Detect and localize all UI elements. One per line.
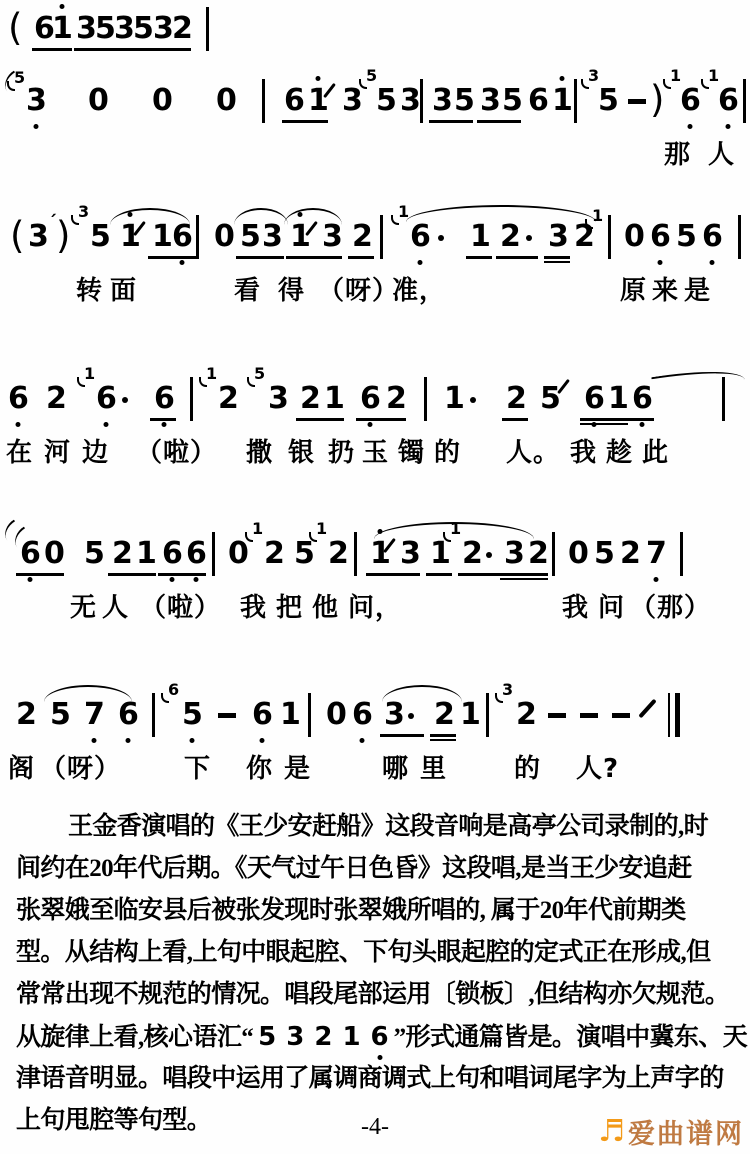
lyric-syllable: 是 — [684, 270, 711, 307]
bar-line — [424, 377, 427, 421]
note: 6 — [352, 700, 373, 730]
note: 5 — [133, 14, 154, 44]
octave-dot-below — [126, 738, 131, 743]
lyric-syllable: 你 — [246, 748, 273, 785]
text-line: 型。从结构上看,上句中眼起腔、下句头眼起腔的定式正在形成,但 — [16, 932, 736, 974]
grace-note: 3 — [588, 68, 599, 84]
rest: 0 — [214, 222, 235, 252]
formula-digit: 6 — [366, 1016, 394, 1058]
music-system: (3ˊ)3511605313216123210656转面看得（呀）准，原来是 — [0, 200, 750, 312]
lyric-syllable: 无 — [70, 587, 97, 624]
lyric-syllable: 我 — [240, 587, 267, 624]
falling-tone-mark — [638, 699, 656, 719]
lyric-syllable: 人。 — [506, 432, 560, 469]
beam — [286, 256, 342, 259]
slur-arc — [110, 208, 190, 225]
note: 3 — [400, 86, 421, 116]
music-system: (61353532 — [0, 10, 750, 64]
lyric-syllable: 那 — [664, 134, 691, 171]
note: 2 — [506, 384, 527, 414]
lyric-syllable: 撒 — [246, 432, 273, 469]
rest: 0 — [568, 539, 589, 569]
beam — [158, 573, 206, 576]
lyric-syllable: 的 — [434, 432, 461, 469]
note: 5 — [50, 700, 71, 730]
note: 1 — [470, 222, 491, 252]
note: 3 — [28, 222, 49, 252]
note: 2 — [218, 384, 239, 414]
beam — [366, 573, 420, 576]
note: ) — [650, 81, 664, 118]
note: 3 — [342, 86, 363, 116]
octave-dot-below — [710, 260, 715, 265]
grace-note: 5 — [14, 70, 25, 86]
formula-digit: 5 — [253, 1016, 281, 1058]
text-line: 张翠娥至临安县后被张发现时张翠娥所唱的, 属于20年代前期类 — [16, 890, 736, 932]
note: 5 — [294, 539, 315, 569]
octave-dot-above — [560, 76, 565, 81]
beam — [466, 256, 492, 259]
beam — [150, 418, 176, 421]
beam — [380, 734, 424, 737]
lyric-syllable: 在 — [6, 432, 33, 469]
rest: 0 — [44, 539, 65, 569]
note: 6 — [718, 86, 739, 116]
watermark: ♬ 爱曲谱网 — [598, 1112, 744, 1151]
lyric-syllable: 我 — [562, 587, 589, 624]
beam — [148, 256, 196, 259]
lyric-syllable: 转 — [76, 270, 103, 307]
note: 2 — [462, 539, 483, 569]
octave-dot-below — [170, 577, 175, 582]
octave-dot-below — [194, 577, 199, 582]
note: 6 — [20, 539, 41, 569]
bar-line — [212, 532, 215, 576]
lyric-syllable: 问， — [348, 587, 402, 624]
note: 5 — [676, 222, 697, 252]
lyric-syllable: 面 — [110, 270, 137, 307]
text-line: 王金香演唱的《王少安赶船》这段音响是高亭公司录制的,时 — [16, 806, 736, 848]
note: 6 — [528, 86, 549, 116]
lyric-syllable: 趁 — [606, 432, 633, 469]
bar-line — [190, 377, 193, 421]
lyric-syllable: 下 — [184, 748, 211, 785]
bar-line — [262, 79, 265, 123]
note: 6 — [252, 700, 273, 730]
note: 6 — [360, 384, 381, 414]
octave-dot-below — [726, 124, 731, 129]
grace-note: 6 — [168, 682, 179, 698]
augmentation-dot — [470, 397, 476, 403]
lyric-syllable: （那） — [630, 587, 711, 624]
note: 5 — [502, 86, 523, 116]
note: 6 — [410, 222, 431, 252]
bar-line — [380, 215, 383, 259]
note: 6 — [702, 222, 723, 252]
note: ) — [56, 217, 70, 254]
note: ( — [10, 217, 24, 254]
note: 1 — [136, 539, 157, 569]
bar-line — [152, 693, 155, 737]
beam — [16, 573, 64, 576]
text-line: 间约在20年代后期。《天气过午日色昏》这段唱,是当王少安追赶 — [16, 848, 736, 890]
grace-note: 1 — [206, 366, 217, 382]
augmentation-dot — [526, 235, 532, 241]
note: 2 — [300, 384, 321, 414]
beam — [151, 48, 191, 51]
note: 6 — [8, 384, 29, 414]
music-note-icon: ♬ — [598, 1117, 625, 1147]
lyric-syllable: 人 — [708, 134, 735, 171]
lyric-syllable: 我 — [570, 432, 597, 469]
lyric-syllable: 阁 — [8, 748, 35, 785]
music-system: 6216612532162125616在河边（啦）撒银扔玉镯的人。我趁此 — [0, 362, 750, 474]
note: 6 — [284, 86, 305, 116]
duration-dash — [218, 713, 236, 718]
lyric-syllable: （啦） — [140, 587, 221, 624]
note: 2 — [264, 539, 285, 569]
duration-dash — [548, 713, 566, 718]
note: 6 — [162, 539, 183, 569]
music-system: 5300061355335356135)1616那人 — [0, 64, 750, 172]
bar-line — [574, 79, 577, 123]
lyric-syllable: 把 — [276, 587, 303, 624]
slur-arc — [374, 522, 534, 539]
note: 2 — [528, 539, 549, 569]
bar-line — [196, 215, 199, 259]
note: 3 — [322, 222, 343, 252]
slur-arc — [406, 205, 596, 222]
note: 5 — [182, 700, 203, 730]
octave-dot-below — [640, 422, 645, 427]
note: 3 — [432, 86, 453, 116]
note: 2 — [516, 700, 537, 730]
note: 5 — [90, 222, 111, 252]
beam — [580, 418, 628, 421]
note: 5 — [598, 86, 619, 116]
note: 1 — [552, 86, 573, 116]
octave-dot-below — [28, 577, 33, 582]
note: 1 — [152, 222, 173, 252]
grace-note: 1 — [84, 366, 95, 382]
bar-line — [680, 532, 683, 576]
note: 1 — [324, 384, 345, 414]
note: 5 — [240, 222, 261, 252]
slur-arc — [234, 208, 288, 225]
octave-dot-below — [418, 260, 423, 265]
lyric-syllable: 来 — [652, 270, 679, 307]
lyric-syllable: （呀） — [40, 748, 121, 785]
beam — [430, 734, 456, 737]
lyric-syllable: 玉 — [362, 432, 389, 469]
grace-note: 1 — [708, 68, 719, 84]
lyric-syllable: （啦） — [136, 432, 217, 469]
octave-dot-below — [104, 422, 109, 427]
beam — [458, 573, 500, 576]
note: 6 — [584, 384, 605, 414]
note: 1 — [430, 539, 451, 569]
lyric-syllable: 河 — [44, 432, 71, 469]
note: 2 — [172, 14, 193, 44]
note: 5 — [376, 86, 397, 116]
lyric-syllable: 得 — [278, 270, 305, 307]
grace-note: 1 — [316, 521, 327, 537]
note: 1 — [280, 700, 301, 730]
duration-dash — [628, 99, 646, 104]
note: 3 — [384, 700, 405, 730]
augmentation-dot — [486, 552, 492, 558]
grace-note: 3 — [502, 682, 513, 698]
note: 2 — [112, 539, 133, 569]
lyric-syllable: 问 — [598, 587, 625, 624]
lyric-syllable: 是 — [284, 748, 311, 785]
note: 3 — [548, 222, 569, 252]
augmentation-dot — [408, 713, 414, 719]
note: 1 — [52, 14, 73, 44]
text-segment: ”形式通篇皆是。演唱中冀东、天 — [394, 1024, 748, 1051]
beam — [500, 573, 548, 576]
note: ( — [8, 9, 22, 46]
note: 3 — [400, 539, 421, 569]
lyric-syllable: 扔 — [328, 432, 355, 469]
note: 2 — [46, 384, 67, 414]
note: 3 — [504, 539, 525, 569]
octave-dot-above — [60, 4, 65, 9]
melodic-formula: 53216 — [253, 1022, 393, 1052]
note: 7 — [84, 700, 105, 730]
text-line: 津语音明显。唱段中运用了属调商调式上句和唱词尾字为上声字的 — [16, 1058, 736, 1100]
slur-arc — [382, 685, 462, 702]
octave-dot-below — [360, 738, 365, 743]
watermark-text: 爱曲谱网 — [628, 1112, 744, 1151]
lyric-syllable: 的 — [514, 748, 541, 785]
lyric-syllable: 准， — [392, 270, 446, 307]
note: 1 — [290, 222, 311, 252]
octave-dot-below — [92, 738, 97, 743]
note: 2 — [386, 384, 407, 414]
octave-dot-below — [658, 260, 663, 265]
lyric-syllable: 镯 — [398, 432, 425, 469]
note: 6 — [680, 86, 701, 116]
beam — [282, 120, 328, 123]
bar-line — [743, 79, 746, 123]
lyric-syllable: 原 — [620, 270, 647, 307]
lyric-syllable: （呀） — [318, 270, 399, 307]
beam — [356, 418, 406, 421]
note: 5 — [454, 86, 475, 116]
slur-arc — [651, 363, 745, 394]
bar-line — [608, 215, 611, 259]
music-system: 257665610632132阁（呀）下你是哪里的人? — [0, 674, 750, 792]
bar-line — [354, 532, 357, 576]
final-bar-line — [668, 693, 680, 737]
note: 3 — [262, 222, 283, 252]
note: 2 — [352, 222, 373, 252]
lyric-syllable: 里 — [420, 748, 447, 785]
note: 5 — [84, 539, 105, 569]
note: 2 — [434, 700, 455, 730]
bar-line — [206, 7, 209, 51]
slur-arc — [44, 685, 132, 702]
note: 2 — [620, 539, 641, 569]
duration-dash — [612, 713, 630, 718]
formula-digit: 3 — [281, 1016, 309, 1058]
rest: 0 — [228, 539, 249, 569]
note: 6 — [172, 222, 193, 252]
rest: 0 — [624, 222, 645, 252]
lyric-syllable: 人 — [102, 587, 129, 624]
note: 3 — [480, 86, 501, 116]
lyric-syllable: 看 — [234, 270, 261, 307]
note: 3 — [153, 14, 174, 44]
text-segment: 从旋律上看,核心语汇“ — [16, 1024, 253, 1051]
augmentation-dot — [438, 235, 444, 241]
octave-dot-below — [180, 260, 185, 265]
beam — [496, 256, 538, 259]
octave-dot-below — [654, 577, 659, 582]
note: 7 — [646, 539, 667, 569]
note: 6 — [118, 700, 139, 730]
octave-dot-below — [34, 124, 39, 129]
lyric-syllable: 他 — [312, 587, 339, 624]
note: 1 — [308, 86, 329, 116]
grace-note: 5 — [254, 366, 265, 382]
octave-dot-below — [16, 422, 21, 427]
note: 6 — [96, 384, 117, 414]
note: 2 — [16, 700, 37, 730]
note: 5 — [540, 384, 561, 414]
beam — [628, 418, 654, 421]
formula-digit: 1 — [337, 1016, 365, 1058]
beam — [296, 418, 344, 421]
note: 6 — [154, 384, 175, 414]
beam — [236, 256, 284, 259]
octave-dot-below — [368, 422, 373, 427]
grace-note: 1 — [252, 521, 263, 537]
lyric-syllable: 银 — [288, 432, 315, 469]
formula-digit: 2 — [309, 1016, 337, 1058]
lyric-syllable: 边 — [82, 432, 109, 469]
rest: 0 — [152, 86, 173, 116]
beam — [502, 418, 528, 421]
bar-line — [420, 79, 423, 123]
rest: 0 — [216, 86, 237, 116]
beam — [477, 120, 521, 123]
bar-line — [552, 532, 555, 576]
note: 3 — [114, 14, 135, 44]
bar-line — [738, 215, 741, 259]
octave-dot-below — [162, 422, 167, 427]
sheet-music-page: (613535325300061355335356135)1616那人(3ˊ)3… — [0, 0, 750, 1154]
octave-dot-above — [316, 76, 321, 81]
beam — [32, 48, 72, 51]
octave-dot-below — [260, 738, 265, 743]
note: 5 — [95, 14, 116, 44]
beam — [108, 573, 156, 576]
note: 6 — [186, 539, 207, 569]
octave-dot-below — [190, 738, 195, 743]
description-paragraph: 王金香演唱的《王少安赶船》这段音响是高亭公司录制的,时间约在20年代后期。《天气… — [16, 806, 736, 1142]
beam — [429, 120, 473, 123]
bar-line — [308, 693, 311, 737]
lyric-syllable: 哪 — [382, 748, 409, 785]
note: 3 — [76, 14, 97, 44]
bar-line — [722, 377, 725, 421]
note: 3 — [268, 384, 289, 414]
beam — [544, 256, 570, 259]
note: 2 — [500, 222, 521, 252]
grace-note: 1 — [670, 68, 681, 84]
grace-note: 5 — [366, 68, 377, 84]
duration-dash — [580, 713, 598, 718]
note: 1 — [608, 384, 629, 414]
bar-line — [486, 693, 489, 737]
lyric-syllable: 此 — [642, 432, 669, 469]
grace-note: 3 — [78, 204, 89, 220]
augmentation-dot — [122, 397, 128, 403]
note: 6 — [650, 222, 671, 252]
lyric-syllable: 人? — [576, 748, 619, 785]
text-line: 常常出现不规范的情况。唱段尾部运用〔锁板〕,但结构亦欠规范。 — [16, 974, 736, 1016]
rest: 0 — [88, 86, 109, 116]
beam — [74, 48, 114, 51]
score: (613535325300061355335356135)1616那人(3ˊ)3… — [0, 0, 750, 800]
beam — [348, 256, 374, 259]
note: 1 — [444, 384, 465, 414]
music-system: 605216601251213112320527无人（啦）我把他问，我问（那） — [0, 517, 750, 629]
note: 6 — [632, 384, 653, 414]
note: 2 — [328, 539, 349, 569]
note: 1 — [460, 700, 481, 730]
note: 3 — [26, 86, 47, 116]
slur-arc — [284, 208, 342, 225]
rest: 0 — [326, 700, 347, 730]
beam — [426, 573, 452, 576]
octave-dot-below — [688, 124, 693, 129]
beam — [112, 48, 152, 51]
text-line: 从旋律上看,核心语汇“53216”形式通篇皆是。演唱中冀东、天 — [16, 1016, 736, 1058]
note: 5 — [594, 539, 615, 569]
